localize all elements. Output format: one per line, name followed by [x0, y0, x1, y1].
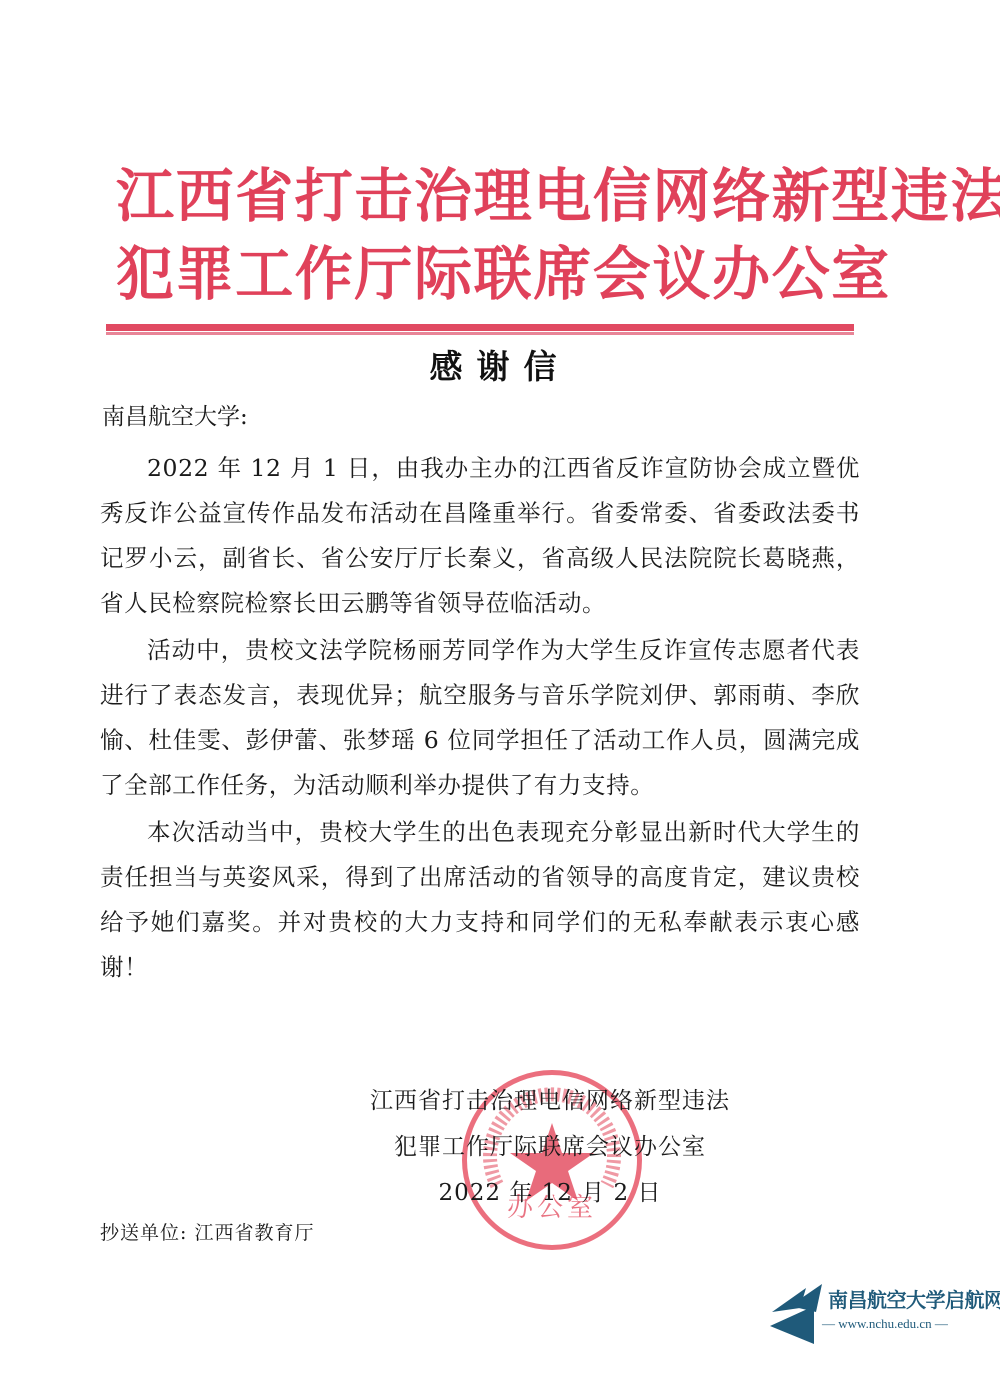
body-paragraph-3: 本次活动当中，贵校大学生的出色表现充分彰显出新时代大学生的责任担当与英姿风采，得… — [100, 810, 860, 990]
signature-date: 2022 年 12 月 2 日 — [330, 1170, 770, 1216]
sail-logo-icon — [770, 1282, 826, 1346]
site-watermark: 南昌航空大学启航网 — www.nchu.edu.cn — — [770, 1280, 1000, 1350]
salutation: 南昌航空大学: — [102, 400, 248, 434]
letterhead-title-line1: 江西省打击治理电信网络新型违法 — [116, 166, 856, 226]
letterhead-title-line2: 犯罪工作厅际联席会议办公室 — [116, 244, 856, 304]
letter-title: 感谢信 — [0, 345, 1000, 389]
letterhead-red-divider — [106, 324, 854, 332]
watermark-url: — www.nchu.edu.cn — — [822, 1316, 948, 1332]
body-paragraph-2: 活动中，贵校文法学院杨丽芳同学作为大学生反诈宣传志愿者代表进行了表态发言，表现优… — [100, 628, 860, 808]
signature-line2: 犯罪工作厅际联席会议办公室 — [330, 1124, 770, 1170]
watermark-site-name: 南昌航空大学启航网 — [828, 1284, 1000, 1313]
signature-line1: 江西省打击治理电信网络新型违法 — [330, 1078, 770, 1124]
body-paragraph-1: 2022 年 12 月 1 日，由我办主办的江西省反诈宣防协会成立暨优秀反诈公益… — [100, 446, 860, 626]
cc-recipients: 抄送单位: 江西省教育厅 — [100, 1218, 314, 1248]
